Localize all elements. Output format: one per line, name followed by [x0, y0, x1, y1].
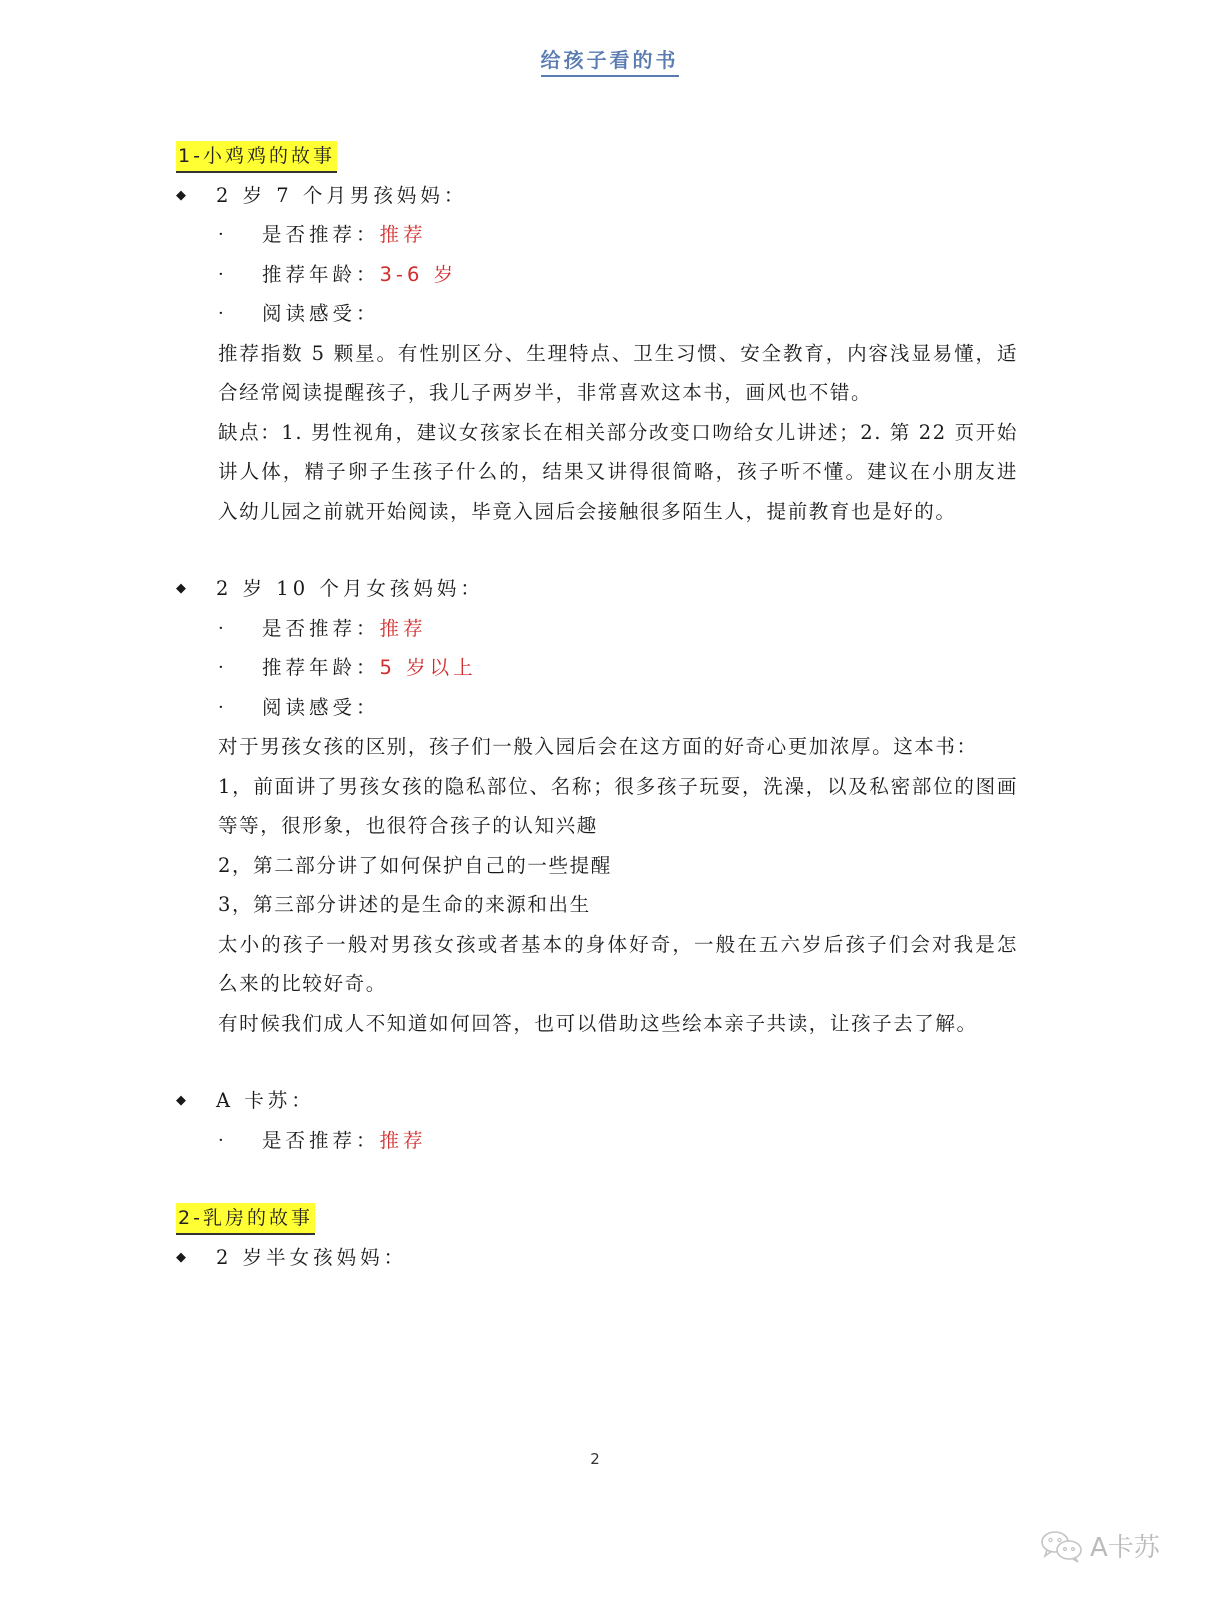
spacer [176, 1043, 1036, 1081]
dot-bullet-icon: · [218, 1121, 262, 1161]
diamond-bullet-icon: ◆ [176, 1238, 216, 1278]
review-paragraph: 推荐指数 5 颗星。有性别区分、生理特点、卫生习惯、安全教育，内容浅显易懂，适合… [176, 334, 1018, 413]
document-body: 1-小鸡鸡的故事 ◆ 2 岁 7 个月男孩妈妈： · 是否推荐： 推荐 · 推荐… [176, 136, 1036, 1277]
respondent-3: ◆ A 卡苏： [176, 1081, 1036, 1121]
recommend-label: 是否推荐： [262, 1121, 380, 1161]
recommend-field: · 是否推荐： 推荐 [176, 1121, 1036, 1161]
age-label: 推荐年龄： [262, 255, 380, 295]
recommend-label: 是否推荐： [262, 609, 380, 649]
respondent-2: ◆ 2 岁 10 个月女孩妈妈： [176, 569, 1036, 609]
respondent-1: ◆ 2 岁 7 个月男孩妈妈： [176, 176, 1036, 216]
wechat-icon [1040, 1529, 1084, 1563]
feeling-label: 阅读感受： [262, 294, 380, 334]
recommend-value: 推荐 [380, 1121, 427, 1161]
age-value: 5 岁以上 [380, 648, 477, 688]
feeling-field: · 阅读感受： [176, 688, 1036, 728]
review-paragraph: 太小的孩子一般对男孩女孩或者基本的身体好奇，一般在五六岁后孩子们会对我是怎么来的… [176, 925, 1018, 1004]
diamond-bullet-icon: ◆ [176, 176, 216, 216]
review-paragraph: 有时候我们成人不知道如何回答，也可以借助这些绘本亲子共读，让孩子去了解。 [176, 1004, 1018, 1044]
page-number: 2 [0, 1450, 1190, 1468]
spacer [176, 1160, 1036, 1198]
page-title: 给孩子看的书 [0, 44, 1219, 73]
respondent-name: 2 岁 10 个月女孩妈妈： [216, 569, 484, 609]
watermark: A卡苏 [1040, 1527, 1160, 1564]
recommend-field: · 是否推荐： 推荐 [176, 215, 1036, 255]
respondent-4: ◆ 2 岁半女孩妈妈： [176, 1238, 1036, 1278]
age-field: · 推荐年龄： 3-6 岁 [176, 255, 1036, 295]
feeling-label: 阅读感受： [262, 688, 380, 728]
recommend-value: 推荐 [380, 215, 427, 255]
recommend-label: 是否推荐： [262, 215, 380, 255]
dot-bullet-icon: · [218, 688, 262, 728]
recommend-value: 推荐 [380, 609, 427, 649]
age-label: 推荐年龄： [262, 648, 380, 688]
watermark-text: A卡苏 [1090, 1527, 1160, 1564]
respondent-name: 2 岁 7 个月男孩妈妈： [216, 176, 467, 216]
respondent-name: A 卡苏： [216, 1081, 315, 1121]
dot-bullet-icon: · [218, 215, 262, 255]
respondent-name: 2 岁半女孩妈妈： [216, 1238, 407, 1278]
section-heading-1: 1-小鸡鸡的故事 [176, 141, 337, 173]
dot-bullet-icon: · [218, 255, 262, 295]
dot-bullet-icon: · [218, 609, 262, 649]
age-value: 3-6 岁 [380, 255, 458, 295]
dot-bullet-icon: · [218, 294, 262, 334]
review-paragraph: 2，第二部分讲了如何保护自己的一些提醒 [176, 846, 1018, 886]
recommend-field: · 是否推荐： 推荐 [176, 609, 1036, 649]
diamond-bullet-icon: ◆ [176, 1081, 216, 1121]
diamond-bullet-icon: ◆ [176, 569, 216, 609]
review-paragraph: 缺点：1. 男性视角，建议女孩家长在相关部分改变口吻给女儿讲述；2. 第 22 … [176, 413, 1018, 532]
review-paragraph: 对于男孩女孩的区别，孩子们一般入园后会在这方面的好奇心更加浓厚。这本书： [176, 727, 1018, 767]
feeling-field: · 阅读感受： [176, 294, 1036, 334]
section-heading-2: 2-乳房的故事 [176, 1203, 315, 1235]
age-field: · 推荐年龄： 5 岁以上 [176, 648, 1036, 688]
review-paragraph: 1，前面讲了男孩女孩的隐私部位、名称；很多孩子玩耍，洗澡，以及私密部位的图画等等… [176, 767, 1018, 846]
page-title-text: 给孩子看的书 [541, 48, 679, 77]
review-paragraph: 3，第三部分讲述的是生命的来源和出生 [176, 885, 1018, 925]
spacer [176, 531, 1036, 569]
dot-bullet-icon: · [218, 648, 262, 688]
